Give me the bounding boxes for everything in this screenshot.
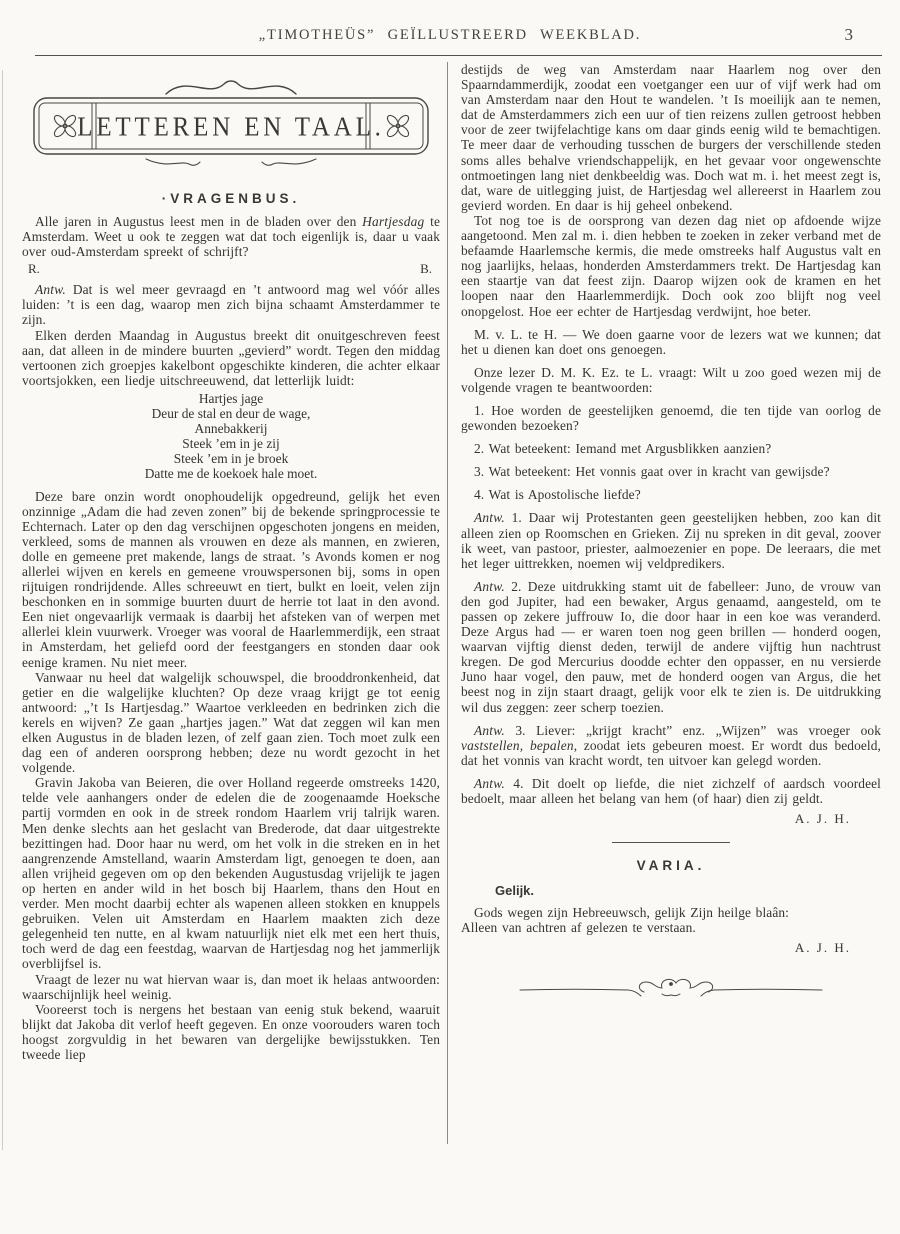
page-number: 3 xyxy=(845,25,854,45)
varia-item-title: Gelijk. xyxy=(495,883,881,898)
paragraph-deze: Deze bare onzin wordt onophoudelijk opge… xyxy=(22,489,440,670)
paragraph-gravin: Gravin Jakoba van Beieren, die over Holl… xyxy=(22,775,440,971)
paragraph-elken: Elken derden Maandag in Augustus breekt … xyxy=(22,328,440,388)
verse-line: Deur de stal en deur de wage, xyxy=(22,406,440,421)
author-signature: A. J. H. xyxy=(461,811,881,827)
varia-couplet: Gods wegen zijn Hebreeuwsch, gelijk Zijn… xyxy=(461,905,881,935)
verse-line: Annebakkerij xyxy=(22,421,440,436)
antwoord-lead: Antw. xyxy=(474,723,505,738)
masthead-title: „TIMOTHEÜS” GEÏLLUSTREERD WEEKBLAD. xyxy=(0,27,900,44)
paragraph-vanwaar: Vanwaar nu heel dat walgelijk schouwspel… xyxy=(22,670,440,776)
paragraph-onze-lezer: Onze lezer D. M. K. Ez. te L. vraagt: Wi… xyxy=(461,365,881,395)
signature-row: R. B. xyxy=(22,259,440,282)
verse-line: Hartjes jage xyxy=(22,391,440,406)
header-rule xyxy=(35,55,882,56)
verse-line: Datte me de koekoek hale moet. xyxy=(22,466,440,481)
paragraph-mvl-reply: M. v. L. te H. — We doen gaarne voor de … xyxy=(461,327,881,357)
verse-line: Steek ’em in je zij xyxy=(22,436,440,451)
paragraph-answer-3: Antw. 3. Liever: „krijgt kracht” enz. „W… xyxy=(461,723,881,768)
section-title-varia: VARIA. xyxy=(461,858,881,873)
paragraph-totnogtoe: Tot nog toe is de oorsprong van dezen da… xyxy=(461,213,881,319)
author-signature: A. J. H. xyxy=(461,940,881,956)
left-column: LETTEREN EN TAAL. ·VRAGENBUS. Alle jaren… xyxy=(22,62,440,1062)
paragraph-reader-question: Alle jaren in Augustus leest men in de b… xyxy=(22,214,440,259)
banner-title: LETTEREN EN TAAL. xyxy=(36,111,426,143)
verse-line: Steek ’em in je broek xyxy=(22,451,440,466)
antwoord-lead: Antw. xyxy=(474,579,505,594)
newspaper-page: „TIMOTHEÜS” GEÏLLUSTREERD WEEKBLAD. 3 xyxy=(0,0,900,1234)
paragraph-answer-1: Antw. 1. Daar wij Protestanten geen gees… xyxy=(461,510,881,570)
question-item-4: 4. Wat is Apostolische liefde? xyxy=(461,487,881,502)
end-flourish-ornament xyxy=(461,976,881,1007)
verse-hartjes-song: Hartjes jage Deur de stal en deur de wag… xyxy=(22,391,440,482)
italic-hartjesdag: Hartjesdag xyxy=(362,214,424,229)
couplet-line: Alleen van achtren af gelezen te verstaa… xyxy=(461,920,881,935)
paragraph-vraagt: Vraagt de lezer nu wat hiervan waar is, … xyxy=(22,972,440,1002)
section-divider-rule xyxy=(612,842,730,843)
asker-initial: R. xyxy=(28,261,40,277)
section-title-vragenbus: ·VRAGENBUS. xyxy=(22,191,440,206)
section-banner: LETTEREN EN TAAL. xyxy=(28,72,434,176)
couplet-line: Gods wegen zijn Hebreeuwsch, gelijk Zijn… xyxy=(461,905,881,920)
paragraph-answer-2: Antw. 2. Deze uitdrukking stamt uit de f… xyxy=(461,579,881,715)
antwoord-lead: Antw. xyxy=(474,776,505,791)
antwoord-lead: Antw. xyxy=(474,510,505,525)
scan-edge-artifact xyxy=(2,70,3,1150)
italic-vaststellen-bepalen: vaststellen, bepalen xyxy=(461,738,574,753)
column-divider xyxy=(447,62,448,1144)
question-item-3: 3. Wat beteekent: Het vonnis gaat over i… xyxy=(461,464,881,479)
paragraph-vooreerst: Vooreerst toch is nergens het bestaan va… xyxy=(22,1002,440,1062)
paragraph-destijds: destijds de weg van Amsterdam naar Haarl… xyxy=(461,62,881,213)
question-item-1: 1. Hoe worden de geestelijken genoemd, d… xyxy=(461,403,881,433)
paragraph-answer: Antw. Dat is wel meer gevraagd en ’t ant… xyxy=(22,282,440,327)
antwoord-lead: Antw. xyxy=(35,282,66,297)
paragraph-answer-4: Antw. 4. Dit doelt op liefde, die niet z… xyxy=(461,776,881,806)
editor-initial: B. xyxy=(420,261,432,277)
question-item-2: 2. Wat beteekent: Iemand met Argusblikke… xyxy=(461,441,881,456)
right-column: destijds de weg van Amsterdam naar Haarl… xyxy=(461,62,881,1007)
